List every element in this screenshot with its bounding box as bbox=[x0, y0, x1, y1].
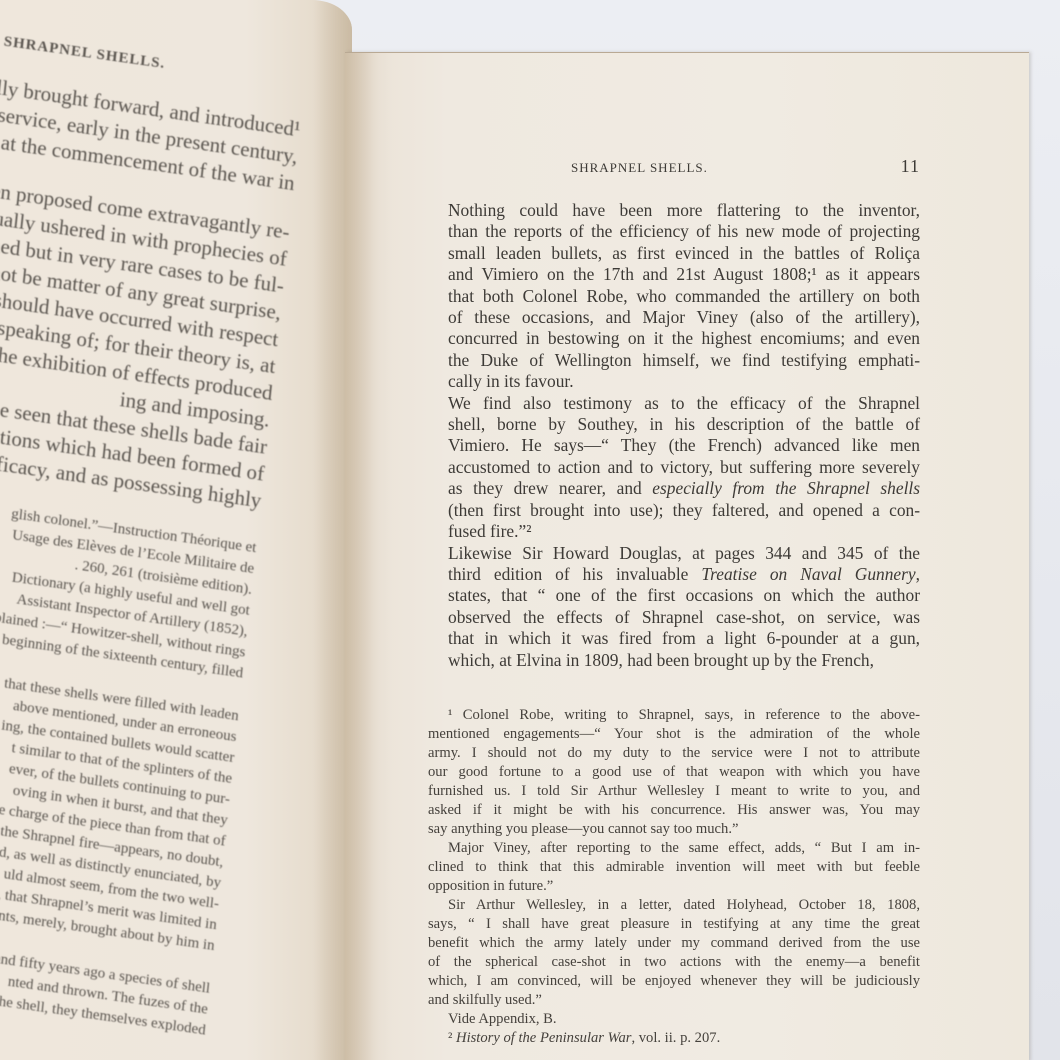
text-line: cally in its favour. bbox=[428, 371, 920, 392]
paragraph: Vide Appendix, B. bbox=[428, 1010, 920, 1029]
text-line: clined to think that this admirable inve… bbox=[428, 858, 920, 877]
text-line: asked if it might be with his concurrenc… bbox=[428, 801, 920, 820]
body-text: Nothing could have been more flattering … bbox=[428, 200, 920, 671]
text-line: ¹ Colonel Robe, writing to Shrapnel, say… bbox=[428, 706, 920, 725]
text-line: which, at Elvina in 1809, had been broug… bbox=[428, 650, 920, 671]
paragraph: ² History of the Peninsular War, vol. ii… bbox=[428, 1029, 920, 1048]
paragraph: Sir Arthur Wellesley, in a letter, dated… bbox=[428, 896, 920, 1010]
text-line: the Duke of Wellington himself, we find … bbox=[428, 350, 920, 371]
text-line: concurred in bestowing on it the highest… bbox=[428, 328, 920, 349]
text-line: as they drew nearer, and especially from… bbox=[428, 478, 920, 499]
running-head-title: SHRAPNEL SHELLS. bbox=[571, 160, 708, 176]
text-line: accustomed to action and to victory, but… bbox=[428, 457, 920, 478]
paragraph: ¹ Colonel Robe, writing to Shrapnel, say… bbox=[428, 706, 920, 839]
text-line: benefit which the army lately under my c… bbox=[428, 934, 920, 953]
text-line: ² History of the Peninsular War, vol. ii… bbox=[428, 1029, 920, 1048]
text-line: of the spherical case-shot in two action… bbox=[428, 953, 920, 972]
left-page-text: SHRAPNEL SHELLS. ally brought forward, a… bbox=[0, 20, 307, 1042]
text-line: of these occasions, and Major Viney (als… bbox=[428, 307, 920, 328]
text-line: that both Colonel Robe, who commanded th… bbox=[428, 286, 920, 307]
text-line: fused fire.”² bbox=[428, 521, 920, 542]
text-line: Likewise Sir Howard Douglas, at pages 34… bbox=[428, 543, 920, 564]
page-number: 11 bbox=[901, 156, 920, 177]
left-footnote-lines: glish colonel.”—Instruction Théorique et… bbox=[0, 492, 257, 1041]
text-line: Sir Arthur Wellesley, in a letter, dated… bbox=[428, 896, 920, 915]
text-line: We find also testimony as to the efficac… bbox=[428, 393, 920, 414]
text-line: observed the effects of Shrapnel case-sh… bbox=[428, 607, 920, 628]
text-line: Vimiero. He says—“ They (the French) adv… bbox=[428, 435, 920, 456]
text-line: Vide Appendix, B. bbox=[428, 1010, 920, 1029]
spine-shade bbox=[345, 53, 393, 1060]
text-line: says, “ I shall have great pleasure in t… bbox=[428, 915, 920, 934]
text-line: third edition of his invaluable Treatise… bbox=[428, 564, 920, 585]
running-head: SHRAPNEL SHELLS. 11 bbox=[428, 156, 920, 186]
text-line: furnished us. I told Sir Arthur Wellesle… bbox=[428, 782, 920, 801]
text-line: say anything you please—you cannot say t… bbox=[428, 820, 920, 839]
paragraph: Nothing could have been more flattering … bbox=[428, 200, 920, 393]
text-line: that in which it was fired from a light … bbox=[428, 628, 920, 649]
text-line: shell, borne by Southey, in his descript… bbox=[428, 414, 920, 435]
right-page: SHRAPNEL SHELLS. 11 Nothing could have b… bbox=[345, 52, 1029, 1060]
left-page: SHRAPNEL SHELLS. ally brought forward, a… bbox=[0, 0, 352, 1060]
text-line: army. I should not do my duty to the ser… bbox=[428, 744, 920, 763]
text-line: and skilfully used.” bbox=[428, 991, 920, 1010]
text-line: Major Viney, after reporting to the same… bbox=[428, 839, 920, 858]
footnotes: ¹ Colonel Robe, writing to Shrapnel, say… bbox=[428, 706, 920, 1048]
paragraph: We find also testimony as to the efficac… bbox=[428, 393, 920, 543]
text-line: which, I am convinced, will be enjoyed w… bbox=[428, 972, 920, 991]
text-line: mentioned engagements—“ Your shot is the… bbox=[428, 725, 920, 744]
text-line: Nothing could have been more flattering … bbox=[428, 200, 920, 221]
page-content: SHRAPNEL SHELLS. 11 Nothing could have b… bbox=[428, 156, 920, 1048]
text-line: than the reports of the efficiency of hi… bbox=[428, 221, 920, 242]
text-line: opposition in future.” bbox=[428, 877, 920, 896]
left-body-lines: ally brought forward, and introduced¹ry … bbox=[0, 71, 302, 515]
paragraph: Major Viney, after reporting to the same… bbox=[428, 839, 920, 896]
paragraph: Likewise Sir Howard Douglas, at pages 34… bbox=[428, 543, 920, 671]
text-line: our good fortune to a good use of that w… bbox=[428, 763, 920, 782]
text-line: states, that “ one of the first occasion… bbox=[428, 585, 920, 606]
text-line: and Vimiero on the 17th and 21st August … bbox=[428, 264, 920, 285]
text-line: small leaden bullets, as first evinced i… bbox=[428, 243, 920, 264]
text-line: (then first brought into use); they falt… bbox=[428, 500, 920, 521]
